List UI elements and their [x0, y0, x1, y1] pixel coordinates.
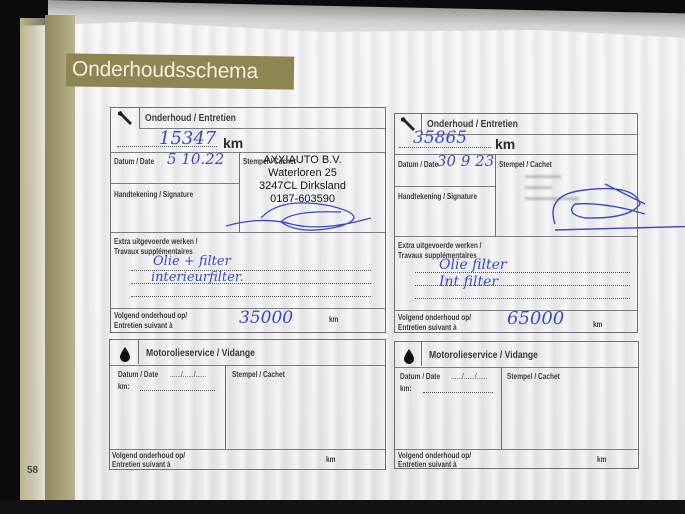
divider	[421, 342, 422, 366]
next-service-label-2: Entretien suivant à	[114, 321, 173, 330]
bottom-shadow	[0, 500, 685, 514]
oil-km-field[interactable]	[140, 390, 215, 391]
date-value: 30 9 23	[437, 152, 494, 170]
oil-date-label: Datum / Date	[400, 372, 440, 381]
oil-date-field[interactable]: ....../....../......	[451, 372, 487, 381]
maintenance-header: Onderhoud / Entretien	[145, 112, 236, 124]
stamp-line: 3247CL Dirksland	[259, 180, 346, 193]
extra-work-line-2: Int filter	[439, 274, 498, 290]
date-value: 5 10.22	[167, 150, 224, 168]
oil-date-field[interactable]: ....../....../......	[170, 370, 206, 379]
next-service-label-2: Entretien suivant à	[398, 460, 457, 469]
mileage-value: 35865	[413, 128, 467, 148]
oil-km-label: km:	[118, 382, 130, 391]
page-olive-edge	[45, 15, 75, 510]
oil-km-field[interactable]	[423, 392, 493, 393]
signature-label: Handtekening / Signature	[398, 192, 477, 201]
next-service-label-2: Entretien suivant à	[398, 323, 457, 332]
page-margin-tint	[20, 18, 48, 504]
km-unit: km	[223, 135, 243, 151]
stamp-label: Stempel / Cachet	[499, 160, 552, 169]
extra-work-line-1: Olie filter	[439, 257, 507, 273]
next-service-label-1: Volgend onderhoud op/	[398, 313, 471, 322]
divider	[395, 154, 637, 155]
writing-line	[415, 298, 630, 299]
km-unit: km	[593, 320, 602, 329]
next-service-label-1: Volgend onderhoud op/	[398, 451, 471, 460]
stamp-label: Stempel / Cachet	[232, 370, 285, 379]
page-number: 58	[27, 465, 38, 476]
oil-header: Motorolieservice / Vidange	[429, 349, 538, 361]
oil-date-label: Datum / Date	[118, 370, 158, 379]
next-service-km: 65000	[507, 308, 564, 329]
signature-label: Handtekening / Signature	[114, 190, 193, 199]
divider	[139, 108, 140, 128]
oil-drop-icon	[118, 346, 132, 362]
km-unit: km	[329, 315, 338, 324]
divider	[111, 183, 239, 184]
divider	[501, 367, 502, 449]
oil-service-entry-2: Motorolieservice / Vidange Datum / Date …	[394, 341, 639, 469]
divider	[225, 365, 226, 449]
signature-scribble	[545, 174, 655, 234]
divider	[495, 154, 496, 236]
maintenance-entry-1: Onderhoud / Entretien 15347 km Datum / D…	[110, 107, 386, 333]
km-unit: km	[495, 136, 515, 152]
writing-line	[131, 296, 371, 297]
date-label: Datum / Date	[114, 157, 154, 166]
title-band: Onderhoudsschema	[66, 53, 294, 89]
extra-work-line-1: Olie + filter	[153, 254, 231, 269]
km-unit: km	[597, 455, 606, 464]
divider	[138, 340, 139, 364]
extra-work-line-2: interieurfilter.	[151, 270, 244, 285]
stamp-line: Waterloren 25	[259, 167, 346, 180]
oil-km-label: km:	[400, 384, 412, 393]
wrench-icon	[115, 110, 135, 126]
next-service-label-2: Entretien suivant à	[112, 460, 171, 469]
divider	[395, 367, 638, 368]
divider	[395, 186, 495, 187]
page-title: Onderhoudsschema	[72, 57, 258, 84]
divider	[395, 449, 638, 450]
divider	[111, 152, 385, 153]
mileage-value: 15347	[159, 128, 216, 149]
divider	[110, 365, 385, 366]
extra-work-label-1: Extra uitgevoerde werken /	[114, 237, 197, 246]
divider	[110, 449, 385, 450]
oil-service-entry-1: Motorolieservice / Vidange Datum / Date …	[109, 339, 386, 470]
date-label: Datum / Date	[398, 160, 438, 169]
maintenance-entry-2: Onderhoud / Entretien 35865 km Datum / D…	[394, 113, 638, 333]
oil-drop-icon	[402, 348, 416, 364]
km-unit: km	[326, 455, 335, 464]
next-service-label-1: Volgend onderhoud op/	[114, 311, 187, 320]
stamp-line: AXXIAUTO B.V.	[259, 154, 346, 167]
stamp-label: Stempel / Cachet	[507, 372, 560, 381]
divider	[395, 236, 637, 237]
next-service-label-1: Volgend onderhoud op/	[112, 451, 185, 460]
divider	[111, 232, 385, 233]
oil-header: Motorolieservice / Vidange	[146, 347, 255, 359]
signature-scribble	[221, 196, 381, 236]
next-service-km: 35000	[239, 308, 293, 328]
extra-work-label-1: Extra uitgevoerde werken /	[398, 241, 481, 250]
